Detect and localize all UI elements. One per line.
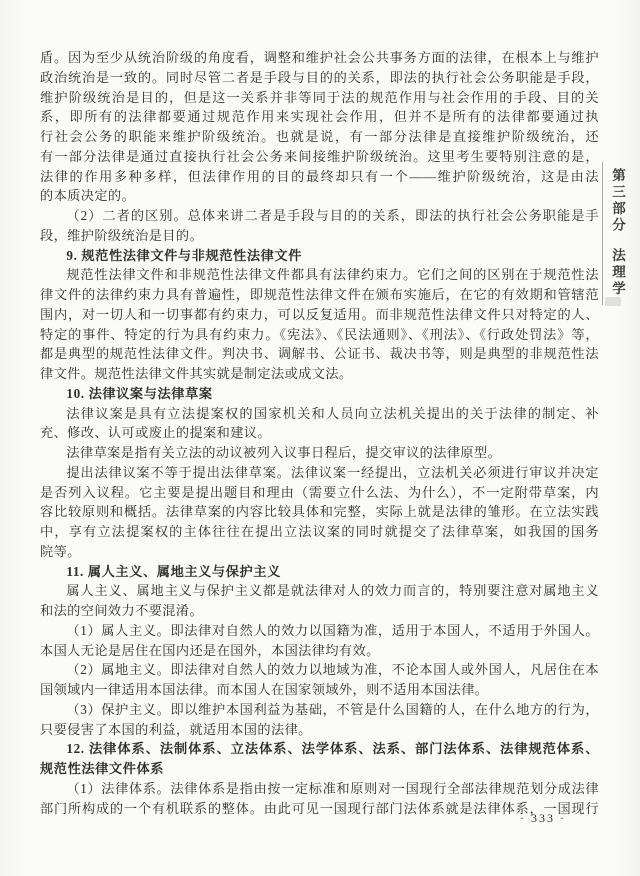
text-line: 政治统治是一致的。同时尽管二者是手段与目的的关系，即法的执行社会公务职能是手段， <box>40 68 599 88</box>
text-line: 规范性法律文件体系 <box>40 759 599 779</box>
text-line: 规范性法律文件和非规范性法律文件都具有法律约束力。它们之间的区别在于规范性法 <box>40 265 599 285</box>
text-line: 围内，对一切人和一切事都有约束力，可以反复适用。而非规范性法律文件只对特定的人、 <box>40 305 599 325</box>
text-line: 中，享有立法提案权的主体往往在提出立法议案的同时就提交了法律草案，如我国的国务 <box>40 522 599 542</box>
text-line: 11. 属人主义、属地主义与保护主义 <box>40 562 599 582</box>
text-line: （2）属地主义。即法律对自然人的效力以地域为准，不论本国人或外国人，凡居住在本 <box>40 660 599 680</box>
scanned-book-page: { "page": { "number_label": "· 333 ·", "… <box>0 0 640 876</box>
text-line: 本国人无论是居住在国内还是在国外，本国法律均有效。 <box>40 641 599 661</box>
text-line: （1）法律体系。法律体系是指由按一定标准和原则对一国现行全部法律规范划分成法律 <box>40 779 599 799</box>
text-line: 的本质决定的。 <box>40 186 599 206</box>
side-tab-part-three: 第三部分法理学 <box>606 168 628 298</box>
text-line: （1）属人主义。即法律对自然人的效力以国籍为准，适用于本国人，不适用于外国人。 <box>40 621 599 641</box>
text-line: 只要侵害了本国的利益，就适用本国的法律。 <box>40 720 599 740</box>
text-line: 充、修改、认可或废止的提案和建议。 <box>40 423 599 443</box>
text-line: 院等。 <box>40 542 599 562</box>
text-line: 律文件的法律约束力具有普遍性，即规范性法律文件在颁布实施后，在它的有效期和管辖范 <box>40 285 599 305</box>
text-line: 法律草案是指有关立法的动议被列入议事日程后，提交审议的法律原型。 <box>40 443 599 463</box>
text-line: 段，维护阶级统治是目的。 <box>40 226 599 246</box>
text-line: 和法的空间效力不要混淆。 <box>40 601 599 621</box>
text-line: 是否列入议程。它主要是提出题目和理由（需要立什么法、为什么），不一定附带草案，内 <box>40 483 599 503</box>
text-line: 有一部分法律是通过直接执行社会公务来间接维护阶级统治。这里考生要特别注意的是， <box>40 147 599 167</box>
text-line: （3）保护主义。即以维护本国利益为基础，不管是什么国籍的人，在什么地方的行为， <box>40 700 599 720</box>
scan-smudge <box>605 297 621 306</box>
body-text: 盾。因为至少从统治阶级的角度看，调整和维护社会公共事务方面的法律，在根本上与维护… <box>40 48 599 818</box>
text-line: 行社会公务的职能来维护阶级统治。也就是说，有一部分法律是直接维护阶级统治，还 <box>40 127 599 147</box>
text-line: 10. 法律议案与法律草案 <box>40 384 599 404</box>
text-line: 法律议案是具有立法提案权的国家机关和人员向立法机关提出的关于法律的制定、补 <box>40 404 599 424</box>
text-line: 维护阶级统治是目的，但是这一关系并非等同于法的规范作用与社会作用的手段、目的关 <box>40 88 599 108</box>
text-line: （2）二者的区别。总体来讲二者是手段与目的的关系，即法的执行社会公务职能是手 <box>40 206 599 226</box>
side-tab-part-label: 第三部分 <box>610 168 625 234</box>
text-line: 12. 法律体系、法制体系、立法体系、法学体系、法系、部门法体系、法律规范体系、 <box>40 739 599 759</box>
side-tab-subject-label: 法理学 <box>610 248 625 298</box>
text-line: 提出法律议案不等于提出法律草案。法律议案一经提出，立法机关必须进行审议并决定 <box>40 463 599 483</box>
text-line: 都是典型的规范性法律文件。判决书、调解书、公证书、裁决书等，则是典型的非规范性法 <box>40 344 599 364</box>
side-tab-divider <box>602 162 603 305</box>
text-line: 法律的作用多种多样，但法律作用的目的最终却只有一个——维护阶级统治，这是由法 <box>40 167 599 187</box>
text-line: 国领域内一律适用本国法律。而本国人在国家领域外，则不适用本国法律。 <box>40 680 599 700</box>
text-line: 部门所构成的一个有机联系的整体。由此可见一国现行部门法体系就是法律体系，一国现行 <box>40 799 599 819</box>
page-number: · 333 · <box>520 811 566 826</box>
text-line: 容比较原则和概括。法律草案的内容比较具体和完整，实际上就是法律的雏形。在立法实践 <box>40 502 599 522</box>
text-line: 律文件。规范性法律文件其实就是制定法或成文法。 <box>40 364 599 384</box>
text-line: 9. 规范性法律文件与非规范性法律文件 <box>40 246 599 266</box>
text-line: 盾。因为至少从统治阶级的角度看，调整和维护社会公共事务方面的法律，在根本上与维护 <box>40 48 599 68</box>
text-line: 系，即所有的法律都要通过规范作用来实现社会作用，但并不是所有的法律都要通过执 <box>40 107 599 127</box>
text-line: 特定的事件、特定的行为具有约束力。《宪法》、《民法通则》、《刑法》、《行政处罚法… <box>40 325 599 345</box>
text-line: 属人主义、属地主义与保护主义都是就法律对人的效力而言的，特别要注意对属地主义 <box>40 581 599 601</box>
